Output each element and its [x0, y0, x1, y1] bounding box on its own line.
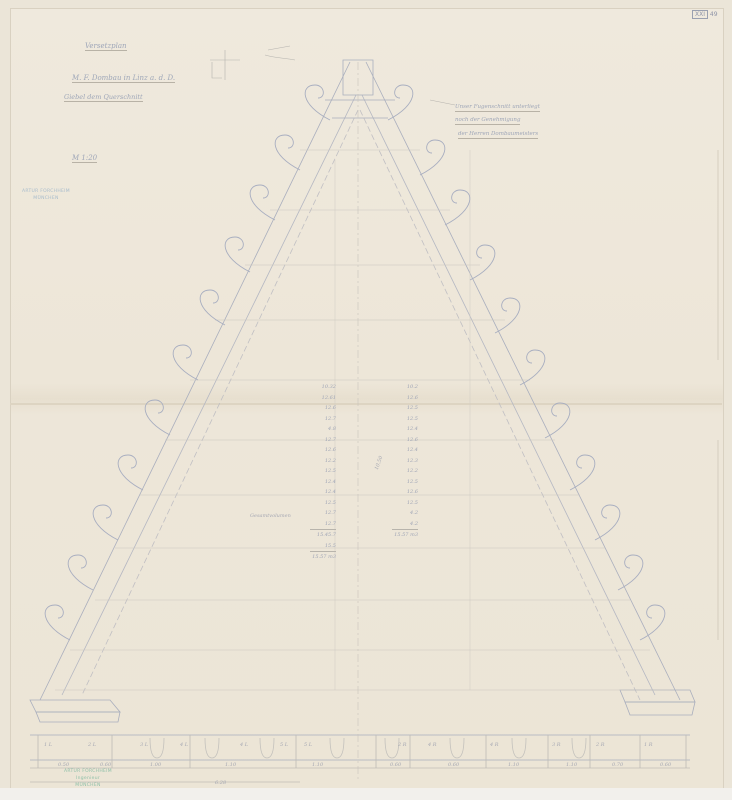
calc-value: 10.32	[310, 382, 336, 393]
calc-value: 12.5	[392, 414, 418, 425]
project-name: M. F. Dombau in Linz a. d. D.	[72, 75, 175, 83]
dimension-value: 0.50	[58, 762, 69, 768]
calc-value: 12.5	[310, 466, 336, 477]
segment-label: 1 L	[44, 742, 52, 748]
calc-value: 12.5	[392, 403, 418, 414]
calc-value: 12.5	[310, 498, 336, 509]
drawing-subject: Giebel dem Querschnitt	[64, 94, 143, 102]
dimension-value: 1.10	[566, 762, 577, 768]
segment-label: 5 L	[304, 742, 312, 748]
stamp-line: ARTUR FORCHHEIM	[64, 768, 112, 775]
calc-value: 12.6	[310, 445, 336, 456]
gable-drawing	[0, 0, 732, 800]
dimension-value: 0.60	[100, 762, 111, 768]
calc-value: 12.5	[392, 477, 418, 488]
dimension-value: 0.60	[390, 762, 401, 768]
segment-label: 2 R	[398, 742, 407, 748]
dimension-value: 1.10	[312, 762, 323, 768]
segment-label: 4 L	[240, 742, 248, 748]
calc-value: 12.6	[392, 435, 418, 446]
note-line-2: noch der Genehmigung	[455, 118, 520, 125]
calc-value: 12.7	[310, 519, 336, 530]
calc-value: 4.8	[310, 424, 336, 435]
calc-value: 12.6	[310, 403, 336, 414]
calc-value: 12.6	[392, 393, 418, 404]
calc-value: 12.4	[310, 487, 336, 498]
sheet-number-plain: 49	[710, 11, 718, 18]
drawing-scale: M 1:20	[72, 155, 97, 163]
calc-total: 15.57 m3	[310, 551, 336, 563]
calc-value: 12.2	[392, 466, 418, 477]
segment-label: 2 R	[596, 742, 605, 748]
calc-sum: 15.45.7	[310, 529, 336, 541]
sheet-number-boxed: XXI	[692, 10, 708, 19]
dimension-value: 1.00	[150, 762, 161, 768]
sheet-number: XXI 49	[692, 11, 718, 18]
segment-label: 4 R	[490, 742, 499, 748]
calc-value: 10.2	[392, 382, 418, 393]
dimension-value: 0.60	[660, 762, 671, 768]
calc-total: 15.57 m3	[392, 529, 418, 541]
calc-value: 12.7	[310, 435, 336, 446]
dimension-value: 0.70	[612, 762, 623, 768]
calc-value: 12.4	[392, 445, 418, 456]
note-line-1: Unser Fugenschnitt unterliegt	[455, 105, 540, 112]
stamp-upper-left: ARTUR FORCHHEIM MÜNCHEN	[22, 188, 70, 202]
stamp-line: Ingenieur	[64, 775, 112, 782]
drawing-sheet: Versetzplan M. F. Dombau in Linz a. d. D…	[0, 0, 732, 800]
segment-label: 5 L	[280, 742, 288, 748]
calc-value: 4.2	[392, 519, 418, 530]
calc-value: 12.6	[392, 487, 418, 498]
calc-right-column: 10.2 12.6 12.5 12.5 12.4 12.6 12.4 12.3 …	[392, 382, 418, 541]
drawing-heading: Versetzplan	[85, 43, 127, 51]
dimension-value: 1.10	[225, 762, 236, 768]
dimension-value: 1.10	[508, 762, 519, 768]
calc-value: 12.2	[310, 456, 336, 467]
stamp-line: ARTUR FORCHHEIM	[22, 188, 70, 195]
calc-value: 4.2	[392, 508, 418, 519]
calc-value: 12.5	[392, 498, 418, 509]
segment-label: 4 R	[428, 742, 437, 748]
note-line-3: der Herren Dombaumeisters	[458, 132, 538, 139]
calc-value: 12.7	[310, 414, 336, 425]
overall-dimension: 6.28	[215, 780, 226, 786]
calc-left-column: 10.32 12.61 12.6 12.7 4.8 12.7 12.6 12.2…	[310, 382, 336, 563]
dimension-value: 0.60	[448, 762, 459, 768]
segment-label: 4 L	[180, 742, 188, 748]
calc-value: 12.61	[310, 393, 336, 404]
calc-value: 15.5	[310, 541, 336, 552]
calc-value: 12.4	[310, 477, 336, 488]
calc-left-label: Gesamtvolumen	[250, 513, 291, 519]
scan-margin	[0, 788, 732, 800]
stamp-bottom-left: ARTUR FORCHHEIM Ingenieur MÜNCHEN	[64, 768, 112, 790]
calc-value: 12.4	[392, 424, 418, 435]
segment-label: 1 R	[644, 742, 653, 748]
segment-label: 3 L	[140, 742, 148, 748]
calc-value: 12.3	[392, 456, 418, 467]
segment-label: 3 R	[552, 742, 561, 748]
stamp-line: MÜNCHEN	[22, 195, 70, 202]
segment-label: 2 L	[88, 742, 96, 748]
calc-value: 12.7	[310, 508, 336, 519]
